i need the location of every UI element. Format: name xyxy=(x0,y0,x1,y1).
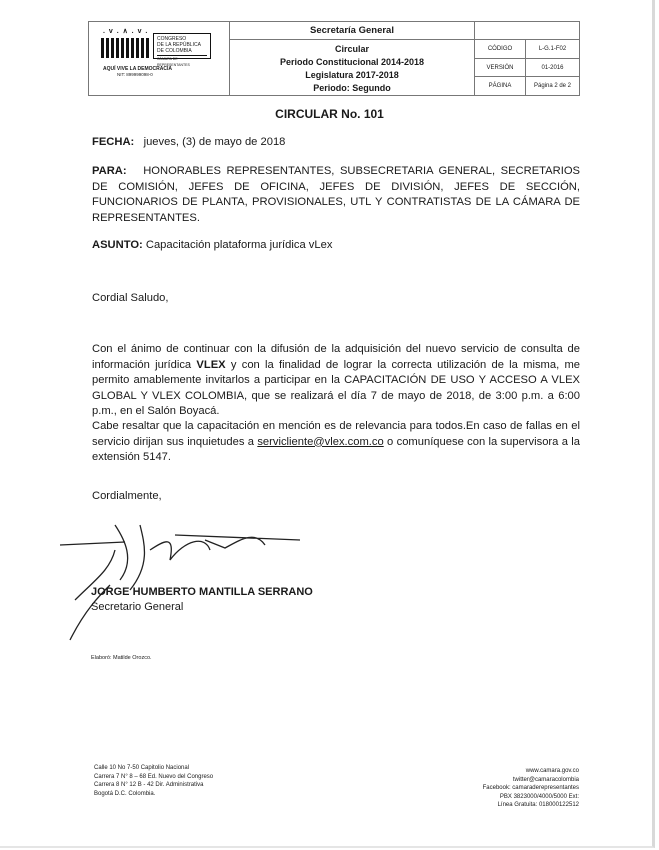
logo-dots: . v . ∧ . v . xyxy=(103,27,148,35)
footer-line: Línea Gratuita: 018000122512 xyxy=(483,801,579,810)
department: Secretaría General xyxy=(230,22,474,40)
meta-key: PÁGINA xyxy=(475,77,526,95)
circular-title: CIRCULAR No. 101 xyxy=(0,107,659,121)
footer-line: Facebook: camaraderepresentantes xyxy=(483,784,579,793)
signer-role: Secretario General xyxy=(91,601,183,613)
body-paragraph-2: Cabe resaltar que la capacitación en men… xyxy=(92,419,580,466)
fecha-label: FECHA: xyxy=(92,136,134,148)
body-paragraph-1: Con el ánimo de continuar con la difusió… xyxy=(92,342,580,420)
footer-line: www.camara.gov.co xyxy=(483,767,579,776)
meta-row: CÓDIGOL-G.1-F02 xyxy=(475,40,579,59)
congress-logo: . v . ∧ . v . CONGRESO DE LA REPÚBLICA D… xyxy=(89,22,230,95)
closing: Cordialmente, xyxy=(92,489,580,505)
footer-line: twitter@camaracolombia xyxy=(483,776,579,785)
meta-row: PÁGINAPágina 2 de 2 xyxy=(475,77,579,95)
handwritten-signature xyxy=(55,520,315,650)
logo-text-box: CONGRESO DE LA REPÚBLICA DE COLOMBIA CÁM… xyxy=(153,33,211,59)
meta-row: VERSIÓN01-2016 xyxy=(475,59,579,78)
doc-line: Periodo: Segundo xyxy=(230,82,474,95)
fecha-value: jueves, (3) de mayo de 2018 xyxy=(144,136,286,148)
asunto-value: Capacitación plataforma jurídica vLex xyxy=(146,239,333,251)
header-title-cell: Secretaría General Circular Periodo Cons… xyxy=(230,22,475,95)
footer-line: Carrera 7 N° 8 – 68 Ed. Nuevo del Congre… xyxy=(94,773,213,782)
meta-value: Página 2 de 2 xyxy=(526,77,579,95)
doc-info: Circular Periodo Constitucional 2014-201… xyxy=(230,40,474,95)
header-meta: CÓDIGOL-G.1-F02 VERSIÓN01-2016 PÁGINAPág… xyxy=(475,39,579,95)
document-header: . v . ∧ . v . CONGRESO DE LA REPÚBLICA D… xyxy=(88,21,580,96)
vlex-bold: VLEX xyxy=(196,359,225,371)
para-label: PARA: xyxy=(92,165,127,177)
logo-line: DE COLOMBIA xyxy=(157,48,207,54)
asunto-line: ASUNTO: Capacitación plataforma jurídica… xyxy=(92,238,580,254)
signer-name: JORGE HUMBERTO MANTILLA SERRANO xyxy=(91,586,313,598)
doc-line: Periodo Constitucional 2014-2018 xyxy=(230,56,474,69)
para-block: PARA: HONORABLES REPRESENTANTES, SUBSECR… xyxy=(92,164,580,226)
footer-contact: www.camara.gov.co twitter@camaracolombia… xyxy=(483,767,579,810)
footer-line: Carrera 8 N° 12 B - 42 Dir. Administrati… xyxy=(94,781,213,790)
meta-value: 01-2016 xyxy=(526,59,579,77)
asunto-label: ASUNTO: xyxy=(92,239,143,251)
doc-line: Legislatura 2017-2018 xyxy=(230,69,474,82)
para-value: HONORABLES REPRESENTANTES, SUBSECRETARIA… xyxy=(92,165,580,224)
capitol-columns-icon xyxy=(101,38,149,58)
footer-line: Calle 10 No 7-50 Capitolio Nacional xyxy=(94,764,213,773)
logo-nit: NIT: 899999098-0 xyxy=(117,72,153,77)
meta-key: CÓDIGO xyxy=(475,40,526,58)
meta-value: L-G.1-F02 xyxy=(526,40,579,58)
prepared-by: Elaboró: Matilde Orozco. xyxy=(91,655,152,661)
greeting: Cordial Saludo, xyxy=(92,291,580,307)
email-link[interactable]: servicliente@vlex.com.co xyxy=(257,436,383,448)
doc-line: Circular xyxy=(230,43,474,56)
footer-address: Calle 10 No 7-50 Capitolio Nacional Carr… xyxy=(94,764,213,798)
footer-line: Bogotá D.C. Colombia. xyxy=(94,790,213,799)
meta-key: VERSIÓN xyxy=(475,59,526,77)
footer-line: PBX 3823000/4000/5000 Ext: xyxy=(483,793,579,802)
fecha-line: FECHA: jueves, (3) de mayo de 2018 xyxy=(92,135,580,151)
